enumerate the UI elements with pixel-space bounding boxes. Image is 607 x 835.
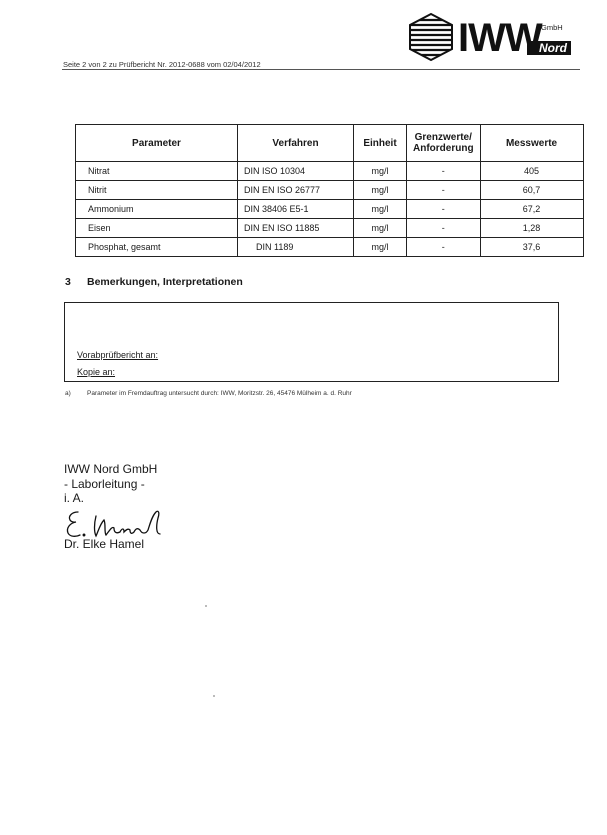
header-unit: Einheit [354,125,407,162]
table-row: Eisen DIN EN ISO 11885 mg/l - 1,28 [76,219,584,238]
cell-unit: mg/l [354,162,407,181]
department: - Laborleitung - [64,477,157,492]
header-limit-line1: Grenzwerte/ [415,132,472,143]
cell-limit: - [407,219,481,238]
handwritten-signature-icon [64,506,174,540]
cell-parameter: Phosphat, gesamt [76,238,238,257]
company-logo: IWW GmbH Nord [408,12,578,62]
table-header-row: Parameter Verfahren Einheit Grenzwerte/ … [76,125,584,162]
cell-value: 60,7 [480,181,583,200]
header-value: Messwerte [480,125,583,162]
section-number: 3 [65,276,87,288]
logo-gmbh-text: GmbH [541,23,563,32]
signature-block: IWW Nord GmbH - Laborleitung - i. A. [64,462,157,506]
cell-limit: - [407,181,481,200]
footnote-text: Parameter im Fremdauftrag untersucht dur… [87,390,352,397]
scan-speck [205,605,207,607]
cell-limit: - [407,162,481,181]
on-behalf: i. A. [64,491,157,506]
cell-method: DIN EN ISO 26777 [238,181,354,200]
cell-parameter: Eisen [76,219,238,238]
cell-unit: mg/l [354,181,407,200]
copy-label: Kopie an: [77,367,115,377]
header-divider [62,69,580,70]
table-row: Phosphat, gesamt DIN 1189 mg/l - 37,6 [76,238,584,257]
section-title: Bemerkungen, Interpretationen [87,276,243,288]
cell-unit: mg/l [354,200,407,219]
preliminary-report-label: Vorabprüfbericht an: [77,350,158,360]
header-limit: Grenzwerte/ Anforderung [407,125,481,162]
cell-limit: - [407,238,481,257]
parameter-table: Parameter Verfahren Einheit Grenzwerte/ … [75,124,584,257]
cell-unit: mg/l [354,219,407,238]
cell-parameter: Ammonium [76,200,238,219]
cell-parameter: Nitrat [76,162,238,181]
remarks-box: Vorabprüfbericht an: Kopie an: [64,302,559,382]
footnote-mark: a) [65,390,87,397]
cell-method: DIN 1189 [238,238,354,257]
header-parameter: Parameter [76,125,238,162]
table-row: Nitrat DIN ISO 10304 mg/l - 405 [76,162,584,181]
scan-speck [213,695,215,697]
cell-parameter: Nitrit [76,181,238,200]
signer-name: Dr. Elke Hamel [64,537,144,551]
table-row: Nitrit DIN EN ISO 26777 mg/l - 60,7 [76,181,584,200]
header-method: Verfahren [238,125,354,162]
page-info: Seite 2 von 2 zu Prüfbericht Nr. 2012-06… [63,60,261,69]
cell-value: 67,2 [480,200,583,219]
header-limit-line2: Anforderung [413,143,474,154]
section-heading-remarks: 3Bemerkungen, Interpretationen [65,276,243,288]
cell-method: DIN 38406 E5-1 [238,200,354,219]
cell-method: DIN ISO 10304 [238,162,354,181]
cell-limit: - [407,200,481,219]
hexagon-stripes-logo-icon [408,12,454,62]
cell-value: 37,6 [480,238,583,257]
cell-method: DIN EN ISO 11885 [238,219,354,238]
table-row: Ammonium DIN 38406 E5-1 mg/l - 67,2 [76,200,584,219]
cell-value: 405 [480,162,583,181]
cell-value: 1,28 [480,219,583,238]
company-name: IWW Nord GmbH [64,462,157,477]
cell-unit: mg/l [354,238,407,257]
logo-nord-text: Nord [527,41,571,55]
footnote: a)Parameter im Fremdauftrag untersucht d… [65,390,352,397]
